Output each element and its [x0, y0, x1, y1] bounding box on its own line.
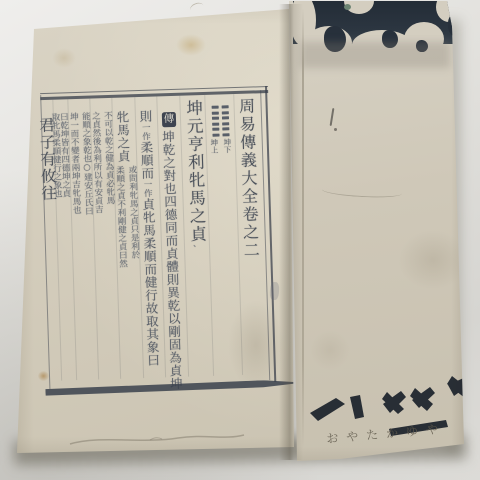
spine-shadow: [279, 4, 303, 460]
photo-of-antique-book: 周易傳義大全卷之二 坤下 坤上: [0, 0, 480, 480]
